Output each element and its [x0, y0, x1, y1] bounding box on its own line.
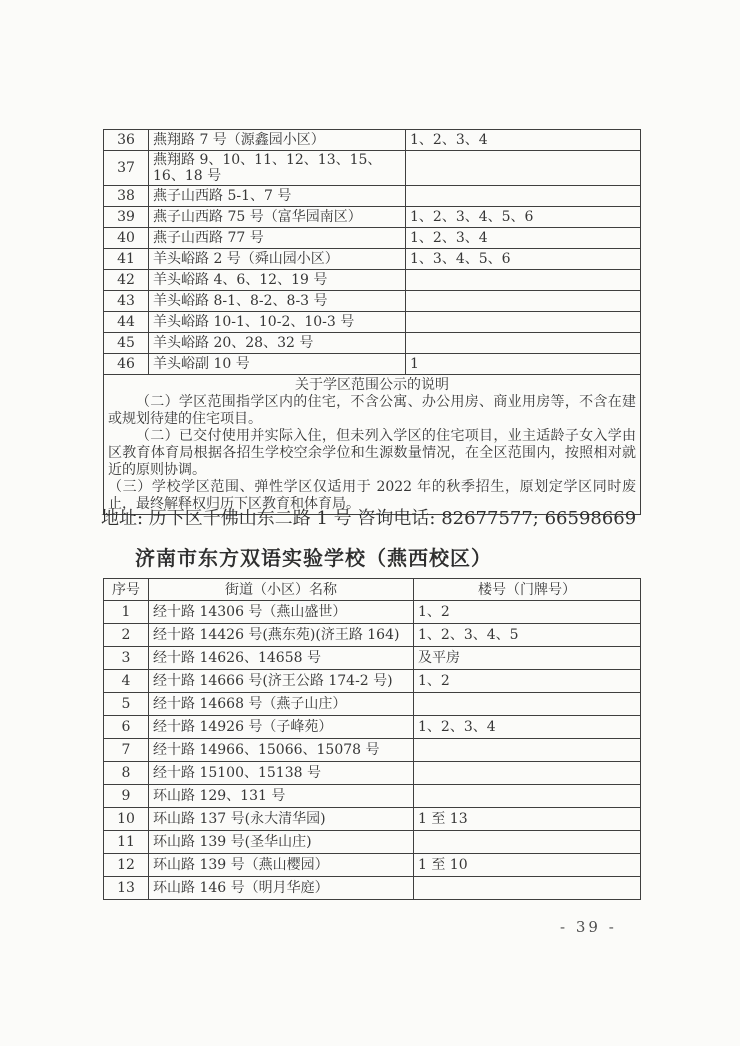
table-row: 46 羊头峪副 10 号 1	[104, 354, 641, 375]
row-number: 44	[104, 312, 149, 333]
street-name: 环山路 146 号（明月华庭）	[149, 877, 414, 900]
row-number: 6	[104, 716, 149, 739]
notes-title: 关于学区范围公示的说明	[108, 376, 636, 394]
building-numbers: 1、2、3、4、5	[414, 624, 641, 647]
district-table-body: 36 燕翔路 7 号（源鑫园小区） 1、2、3、4 37 燕翔路 9、10、11…	[104, 130, 641, 375]
school2-table: 序号 街道（小区）名称 楼号（门牌号） 1 经十路 14306 号（燕山盛世） …	[103, 578, 641, 900]
building-numbers: 1、3、4、5、6	[406, 249, 641, 270]
street-name: 经十路 14926 号（子峰苑）	[149, 716, 414, 739]
table-row: 7 经十路 14966、15066、15078 号	[104, 739, 641, 762]
building-numbers: 1、2、3、4	[406, 130, 641, 151]
table-row: 5 经十路 14668 号（燕子山庄）	[104, 693, 641, 716]
table-row: 39 燕子山西路 75 号（富华园南区） 1、2、3、4、5、6	[104, 207, 641, 228]
street-name: 环山路 139 号(圣华山庄)	[149, 831, 414, 854]
building-numbers: 及平房	[414, 647, 641, 670]
header-serial-number: 序号	[104, 579, 149, 601]
row-number: 38	[104, 186, 149, 207]
table-row: 44 羊头峪路 10-1、10-2、10-3 号	[104, 312, 641, 333]
table-row: 11 环山路 139 号(圣华山庄)	[104, 831, 641, 854]
row-number: 45	[104, 333, 149, 354]
row-number: 11	[104, 831, 149, 854]
address-line: 地址: 历下区千佛山东二路 1 号 咨询电话: 82677577; 665986…	[101, 507, 640, 530]
street-name: 燕翔路 7 号（源鑫园小区）	[149, 130, 406, 151]
street-name: 环山路 139 号（燕山樱园）	[149, 854, 414, 877]
building-numbers: 1、2、3、4	[414, 716, 641, 739]
table-row: 3 经十路 14626、14658 号 及平房	[104, 647, 641, 670]
row-number: 4	[104, 670, 149, 693]
row-number: 7	[104, 739, 149, 762]
street-name: 经十路 14668 号（燕子山庄）	[149, 693, 414, 716]
row-number: 3	[104, 647, 149, 670]
building-numbers	[406, 333, 641, 354]
table-row: 42 羊头峪路 4、6、12、19 号	[104, 270, 641, 291]
building-numbers: 1	[406, 354, 641, 375]
table-row: 41 羊头峪路 2 号（舜山园小区） 1、3、4、5、6	[104, 249, 641, 270]
table-row: 36 燕翔路 7 号（源鑫园小区） 1、2、3、4	[104, 130, 641, 151]
street-name: 羊头峪路 2 号（舜山园小区）	[149, 249, 406, 270]
street-name: 经十路 14306 号（燕山盛世）	[149, 601, 414, 624]
street-name: 经十路 15100、15138 号	[149, 762, 414, 785]
notes-section: 关于学区范围公示的说明 （二）学区范围指学区内的住宅，不含公寓、办公用房、商业用…	[104, 375, 641, 515]
street-name: 燕子山西路 5-1、7 号	[149, 186, 406, 207]
street-name: 羊头峪路 10-1、10-2、10-3 号	[149, 312, 406, 333]
table-header-row: 序号 街道（小区）名称 楼号（门牌号）	[104, 579, 641, 601]
building-numbers: 1、2、3、4	[406, 228, 641, 249]
table-row: 38 燕子山西路 5-1、7 号	[104, 186, 641, 207]
building-numbers: 1、2	[414, 670, 641, 693]
building-numbers: 1、2	[414, 601, 641, 624]
street-name: 环山路 137 号(永大清华园)	[149, 808, 414, 831]
street-name: 羊头峪路 4、6、12、19 号	[149, 270, 406, 291]
row-number: 13	[104, 877, 149, 900]
building-numbers	[414, 762, 641, 785]
row-number: 9	[104, 785, 149, 808]
street-name: 燕翔路 9、10、11、12、13、15、16、18 号	[149, 151, 406, 186]
building-numbers	[414, 739, 641, 762]
building-numbers	[414, 785, 641, 808]
district-table-continued: 36 燕翔路 7 号（源鑫园小区） 1、2、3、4 37 燕翔路 9、10、11…	[103, 129, 641, 515]
row-number: 43	[104, 291, 149, 312]
building-numbers: 1 至 10	[414, 854, 641, 877]
building-numbers	[406, 186, 641, 207]
street-name: 燕子山西路 75 号（富华园南区）	[149, 207, 406, 228]
street-name: 羊头峪副 10 号	[149, 354, 406, 375]
table-row: 1 经十路 14306 号（燕山盛世） 1、2	[104, 601, 641, 624]
building-numbers	[406, 151, 641, 186]
page-number: - 39 -	[560, 918, 617, 936]
row-number: 39	[104, 207, 149, 228]
table-row: 4 经十路 14666 号(济王公路 174-2 号) 1、2	[104, 670, 641, 693]
table-row: 40 燕子山西路 77 号 1、2、3、4	[104, 228, 641, 249]
school2-table-body: 1 经十路 14306 号（燕山盛世） 1、2 2 经十路 14426 号(燕东…	[104, 601, 641, 900]
street-name: 经十路 14966、15066、15078 号	[149, 739, 414, 762]
row-number: 5	[104, 693, 149, 716]
table-row: 8 经十路 15100、15138 号	[104, 762, 641, 785]
row-number: 8	[104, 762, 149, 785]
note-paragraph-1: （二）学区范围指学区内的住宅，不含公寓、办公用房、商业用房等，不含在建或规划待建…	[108, 394, 636, 428]
table-row: 13 环山路 146 号（明月华庭）	[104, 877, 641, 900]
table-row: 6 经十路 14926 号（子峰苑） 1、2、3、4	[104, 716, 641, 739]
street-name: 燕子山西路 77 号	[149, 228, 406, 249]
row-number: 36	[104, 130, 149, 151]
street-name: 经十路 14666 号(济王公路 174-2 号)	[149, 670, 414, 693]
row-number: 2	[104, 624, 149, 647]
row-number: 40	[104, 228, 149, 249]
table-row: 12 环山路 139 号（燕山樱园） 1 至 10	[104, 854, 641, 877]
header-building-number: 楼号（门牌号）	[414, 579, 641, 601]
street-name: 环山路 129、131 号	[149, 785, 414, 808]
building-numbers: 1 至 13	[414, 808, 641, 831]
building-numbers	[406, 312, 641, 333]
notes-row: 关于学区范围公示的说明 （二）学区范围指学区内的住宅，不含公寓、办公用房、商业用…	[104, 375, 641, 515]
row-number: 37	[104, 151, 149, 186]
table-row: 43 羊头峪路 8-1、8-2、8-3 号	[104, 291, 641, 312]
school2-table-head: 序号 街道（小区）名称 楼号（门牌号）	[104, 579, 641, 601]
street-name: 羊头峪路 8-1、8-2、8-3 号	[149, 291, 406, 312]
row-number: 12	[104, 854, 149, 877]
table-row: 37 燕翔路 9、10、11、12、13、15、16、18 号	[104, 151, 641, 186]
building-numbers	[406, 291, 641, 312]
table-row: 45 羊头峪路 20、28、32 号	[104, 333, 641, 354]
row-number: 1	[104, 601, 149, 624]
table-row: 9 环山路 129、131 号	[104, 785, 641, 808]
row-number: 42	[104, 270, 149, 291]
building-numbers	[406, 270, 641, 291]
school-title: 济南市东方双语实验学校（燕西校区）	[135, 545, 492, 571]
row-number: 46	[104, 354, 149, 375]
building-numbers	[414, 877, 641, 900]
row-number: 10	[104, 808, 149, 831]
building-numbers	[414, 831, 641, 854]
street-name: 经十路 14426 号(燕东苑)(济王路 164)	[149, 624, 414, 647]
note-paragraph-2: （二）已交付使用并实际入住，但未列入学区的住宅项目，业主适龄子女入学由区教育体育…	[108, 428, 636, 479]
document-page: 36 燕翔路 7 号（源鑫园小区） 1、2、3、4 37 燕翔路 9、10、11…	[0, 0, 740, 1046]
street-name: 羊头峪路 20、28、32 号	[149, 333, 406, 354]
building-numbers	[414, 693, 641, 716]
street-name: 经十路 14626、14658 号	[149, 647, 414, 670]
building-numbers: 1、2、3、4、5、6	[406, 207, 641, 228]
row-number: 41	[104, 249, 149, 270]
notes-cell: 关于学区范围公示的说明 （二）学区范围指学区内的住宅，不含公寓、办公用房、商业用…	[104, 375, 641, 515]
table-row: 2 经十路 14426 号(燕东苑)(济王路 164) 1、2、3、4、5	[104, 624, 641, 647]
header-street-name: 街道（小区）名称	[149, 579, 414, 601]
table-row: 10 环山路 137 号(永大清华园) 1 至 13	[104, 808, 641, 831]
